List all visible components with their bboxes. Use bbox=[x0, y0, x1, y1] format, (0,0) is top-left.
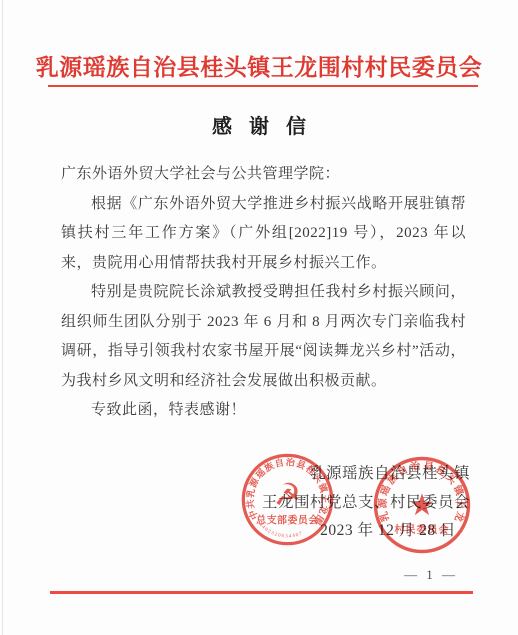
letterhead-rule bbox=[48, 85, 478, 87]
body-paragraph: 专致此函，特表感谢！ bbox=[61, 396, 466, 426]
seal-bottom-text: 村民委员会 bbox=[395, 523, 450, 536]
seal-bottom-text: 总支部委员会 bbox=[256, 514, 319, 527]
page-number: — 1 — bbox=[404, 567, 458, 583]
letter-title: 感 谢 信 bbox=[0, 110, 518, 139]
letter-body: 广东外语外贸大学社会与公共管理学院： 根据《广东外语外贸大学推进乡村振兴战略开展… bbox=[61, 160, 466, 426]
scanned-letter-page: 乳源瑶族自治县桂头镇王龙围村村民委员会 感 谢 信 广东外语外贸大学社会与公共管… bbox=[0, 0, 518, 635]
footer-rule bbox=[50, 591, 473, 594]
letterhead-organization-name: 乳源瑶族自治县桂头镇王龙围村村民委员会 bbox=[0, 49, 518, 82]
party-committee-seal: 中共乳源瑶族自治县桂头镇王龙围村 ☭ 总支部委员会 4402320634407 bbox=[240, 451, 335, 548]
body-paragraph: 根据《广东外语外贸大学推进乡村振兴战略开展驻镇帮镇扶村三年工作方案》（广外组[2… bbox=[61, 190, 466, 279]
hammer-sickle-icon: ☭ bbox=[274, 478, 301, 513]
salutation-line: 广东外语外贸大学社会与公共管理学院： bbox=[61, 160, 466, 190]
village-committee-seal: 乳源瑶族自治县桂头镇王龙围村 ★ 村民委员会 bbox=[371, 455, 473, 555]
body-paragraph: 特别是贵院院长涂斌教授受聘担任我村乡村振兴顾问，组织师生团队分别于 2023 年… bbox=[61, 278, 466, 396]
star-icon: ★ bbox=[409, 488, 436, 523]
